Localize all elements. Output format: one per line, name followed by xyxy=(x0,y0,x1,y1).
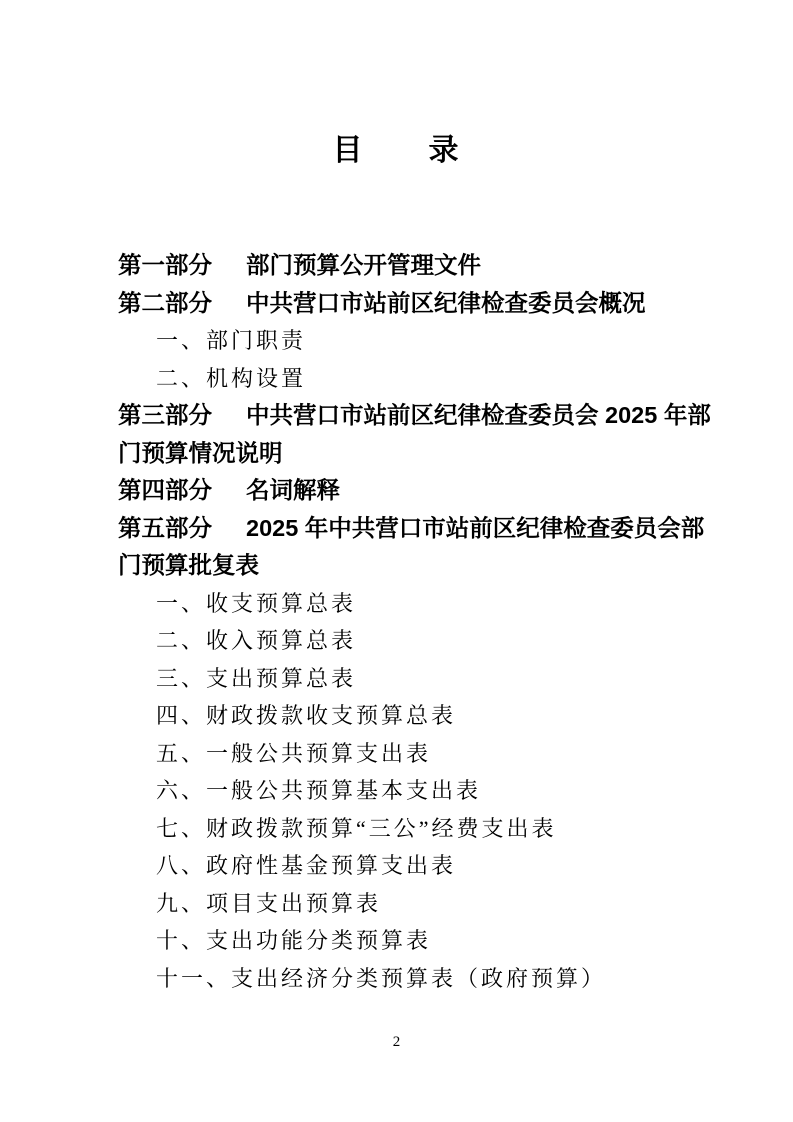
toc-item-fiscal-allocation-summary: 四、财政拨款收支预算总表 xyxy=(118,697,675,735)
toc-section-part1: 第一部分部门预算公开管理文件 xyxy=(118,247,675,285)
toc-section-label: 第一部分 xyxy=(118,247,212,285)
toc-section-title: 2025 年中共营口市站前区纪律检查委员会部 xyxy=(246,515,704,541)
toc-section-label: 第三部分 xyxy=(118,397,212,435)
toc-section-part4: 第四部分名词解释 xyxy=(118,472,675,510)
toc-item-budget-summary: 一、收支预算总表 xyxy=(118,585,675,623)
toc-section-label: 第二部分 xyxy=(118,285,212,323)
toc-section-title: 部门预算公开管理文件 xyxy=(246,252,481,278)
toc-item-dept-duties: 一、部门职责 xyxy=(118,322,675,360)
toc-item-general-public-expense: 五、一般公共预算支出表 xyxy=(118,735,675,773)
toc-section-label: 第四部分 xyxy=(118,472,212,510)
toc-item-project-expense: 九、项目支出预算表 xyxy=(118,885,675,923)
toc-section-label: 第五部分 xyxy=(118,510,212,548)
toc-item-gov-fund-expense: 八、政府性基金预算支出表 xyxy=(118,847,675,885)
toc-item-function-classification: 十、支出功能分类预算表 xyxy=(118,922,675,960)
toc-item-general-public-basic-expense: 六、一般公共预算基本支出表 xyxy=(118,772,675,810)
toc-section-part3-continuation: 门预算情况说明 xyxy=(118,435,675,473)
toc-section-title: 中共营口市站前区纪律检查委员会 2025 年部 xyxy=(246,402,711,428)
toc-section-part3: 第三部分中共营口市站前区纪律检查委员会 2025 年部 xyxy=(118,397,675,435)
toc-item-three-public-funds: 七、财政拨款预算“三公”经费支出表 xyxy=(118,810,675,848)
toc-section-title: 中共营口市站前区纪律检查委员会概况 xyxy=(246,290,646,316)
document-page: 目 录 第一部分部门预算公开管理文件 第二部分中共营口市站前区纪律检查委员会概况… xyxy=(0,0,793,1122)
toc-item-economic-classification: 十一、支出经济分类预算表（政府预算） xyxy=(118,960,675,998)
toc-section-part5-continuation: 门预算批复表 xyxy=(118,547,675,585)
toc-list: 第一部分部门预算公开管理文件 第二部分中共营口市站前区纪律检查委员会概况 一、部… xyxy=(118,247,675,997)
page-number: 2 xyxy=(0,1032,793,1052)
toc-item-org-setup: 二、机构设置 xyxy=(118,360,675,398)
toc-section-part5: 第五部分2025 年中共营口市站前区纪律检查委员会部 xyxy=(118,510,675,548)
toc-item-income-budget: 二、收入预算总表 xyxy=(118,622,675,660)
toc-section-part2: 第二部分中共营口市站前区纪律检查委员会概况 xyxy=(118,285,675,323)
toc-section-title: 名词解释 xyxy=(246,477,340,503)
document-title: 目 录 xyxy=(118,133,675,169)
toc-item-expense-budget: 三、支出预算总表 xyxy=(118,660,675,698)
